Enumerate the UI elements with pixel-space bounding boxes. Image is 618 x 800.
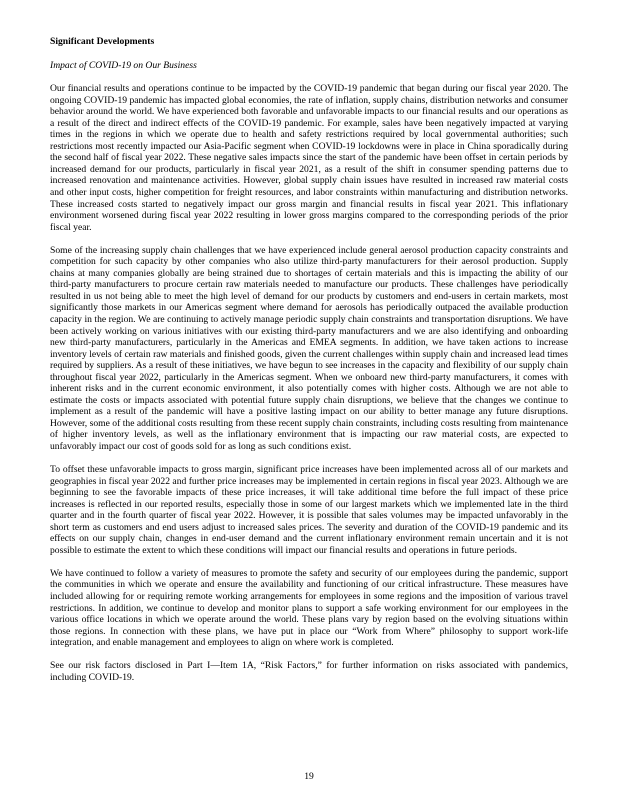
- page-number: 19: [0, 771, 618, 782]
- paragraph-covid-impact: Our financial results and operations con…: [50, 83, 568, 233]
- paragraph-employee-safety: We have continued to follow a variety of…: [50, 568, 568, 649]
- paragraph-price-increases: To offset these unfavorable impacts to g…: [50, 464, 568, 556]
- section-subheading: Impact of COVID-19 on Our Business: [50, 60, 568, 72]
- paragraph-risk-factors: See our risk factors disclosed in Part I…: [50, 660, 568, 683]
- paragraph-supply-chain: Some of the increasing supply chain chal…: [50, 245, 568, 453]
- document-page: Significant Developments Impact of COVID…: [50, 36, 568, 695]
- section-heading: Significant Developments: [50, 36, 568, 48]
